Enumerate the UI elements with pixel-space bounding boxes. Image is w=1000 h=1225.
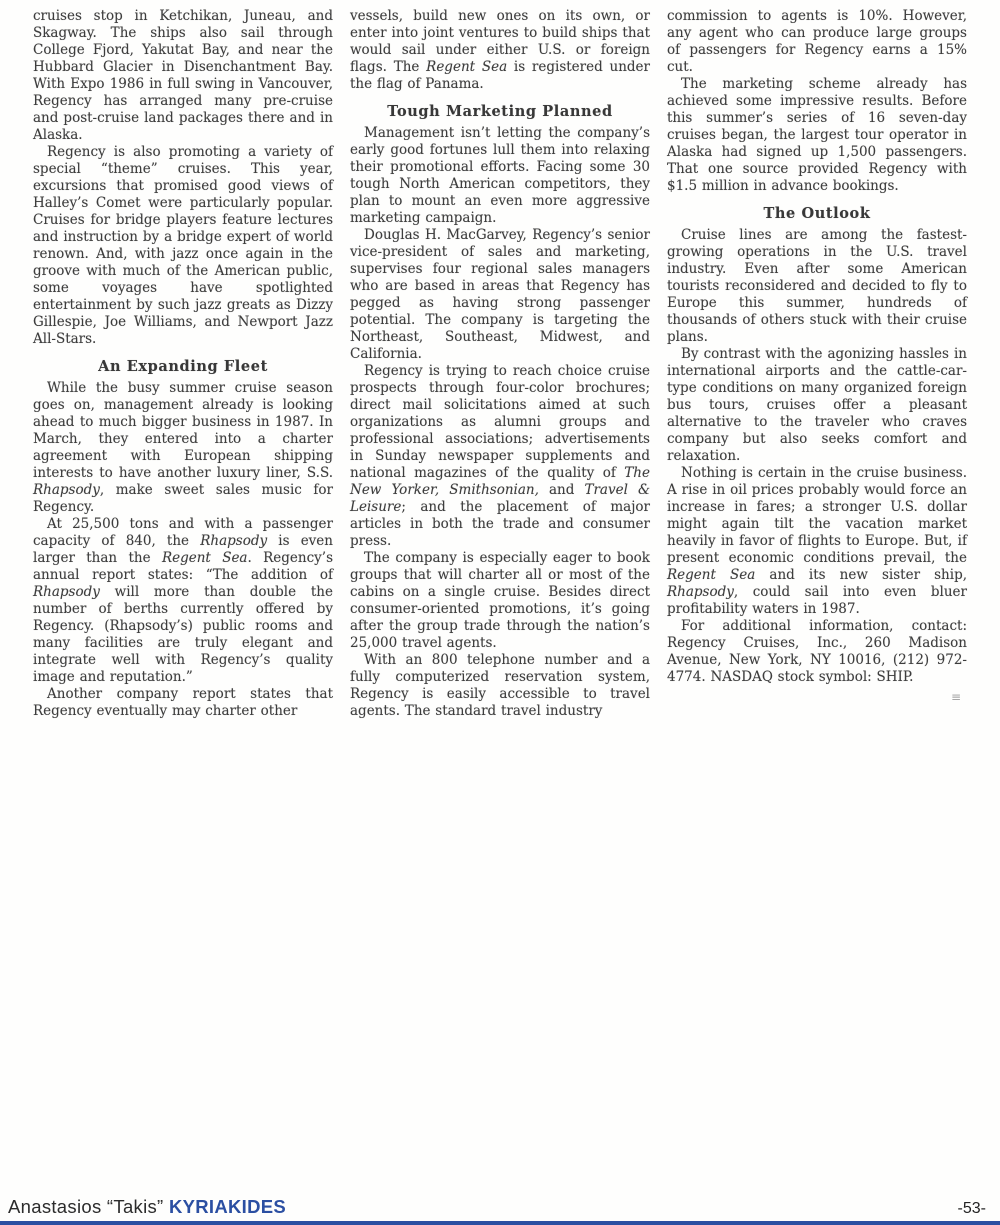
- article-paragraph: Regency is trying to reach choice cruise…: [350, 363, 650, 550]
- article-paragraph: The company is especially eager to book …: [350, 550, 650, 652]
- article-column-3: commission to agents is 10%. However, an…: [667, 8, 967, 720]
- article-body: cruises stop in Ketchikan, Juneau, and S…: [33, 8, 967, 720]
- article-paragraph: Another company report states that Regen…: [33, 686, 333, 720]
- article-column-1: cruises stop in Ketchikan, Juneau, and S…: [33, 8, 333, 720]
- author-byline: Anastasios “Takis” KYRIAKIDES: [8, 1196, 286, 1218]
- article-paragraph: Management isn’t letting the company’s e…: [350, 125, 650, 227]
- article-paragraph: With an 800 telephone number and a fully…: [350, 652, 650, 720]
- article-paragraph: The marketing scheme already has achieve…: [667, 76, 967, 195]
- section-heading: The Outlook: [667, 205, 967, 222]
- article-paragraph: Cruise lines are among the fastest-growi…: [667, 227, 967, 346]
- section-heading: Tough Marketing Planned: [350, 103, 650, 120]
- article-paragraph: Regency is also promoting a variety of s…: [33, 144, 333, 348]
- article-paragraph: cruises stop in Ketchikan, Juneau, and S…: [33, 8, 333, 144]
- article-paragraph: While the busy summer cruise season goes…: [33, 380, 333, 516]
- page-number: -53-: [958, 1200, 986, 1218]
- article-paragraph: At 25,500 tons and with a passenger capa…: [33, 516, 333, 686]
- article-paragraph: commission to agents is 10%. However, an…: [667, 8, 967, 76]
- article-paragraph: Nothing is certain in the cruise busines…: [667, 465, 967, 618]
- article-paragraph: Douglas H. MacGarvey, Regency’s senior v…: [350, 227, 650, 363]
- end-of-article-mark: ≡: [667, 690, 967, 704]
- article-paragraph: For additional information, contact: Reg…: [667, 618, 967, 686]
- article-paragraph: vessels, build new ones on its own, or e…: [350, 8, 650, 93]
- article-paragraph: By contrast with the agonizing hassles i…: [667, 346, 967, 465]
- author-name-bold: KYRIAKIDES: [169, 1196, 286, 1217]
- section-heading: An Expanding Fleet: [33, 358, 333, 375]
- page-footer: Anastasios “Takis” KYRIAKIDES -53-: [8, 1196, 986, 1218]
- accent-bar: [0, 1221, 1000, 1225]
- author-name-regular: Anastasios “Takis”: [8, 1196, 169, 1217]
- scanned-article-page: cruises stop in Ketchikan, Juneau, and S…: [0, 0, 1000, 1225]
- article-column-2: vessels, build new ones on its own, or e…: [350, 8, 650, 720]
